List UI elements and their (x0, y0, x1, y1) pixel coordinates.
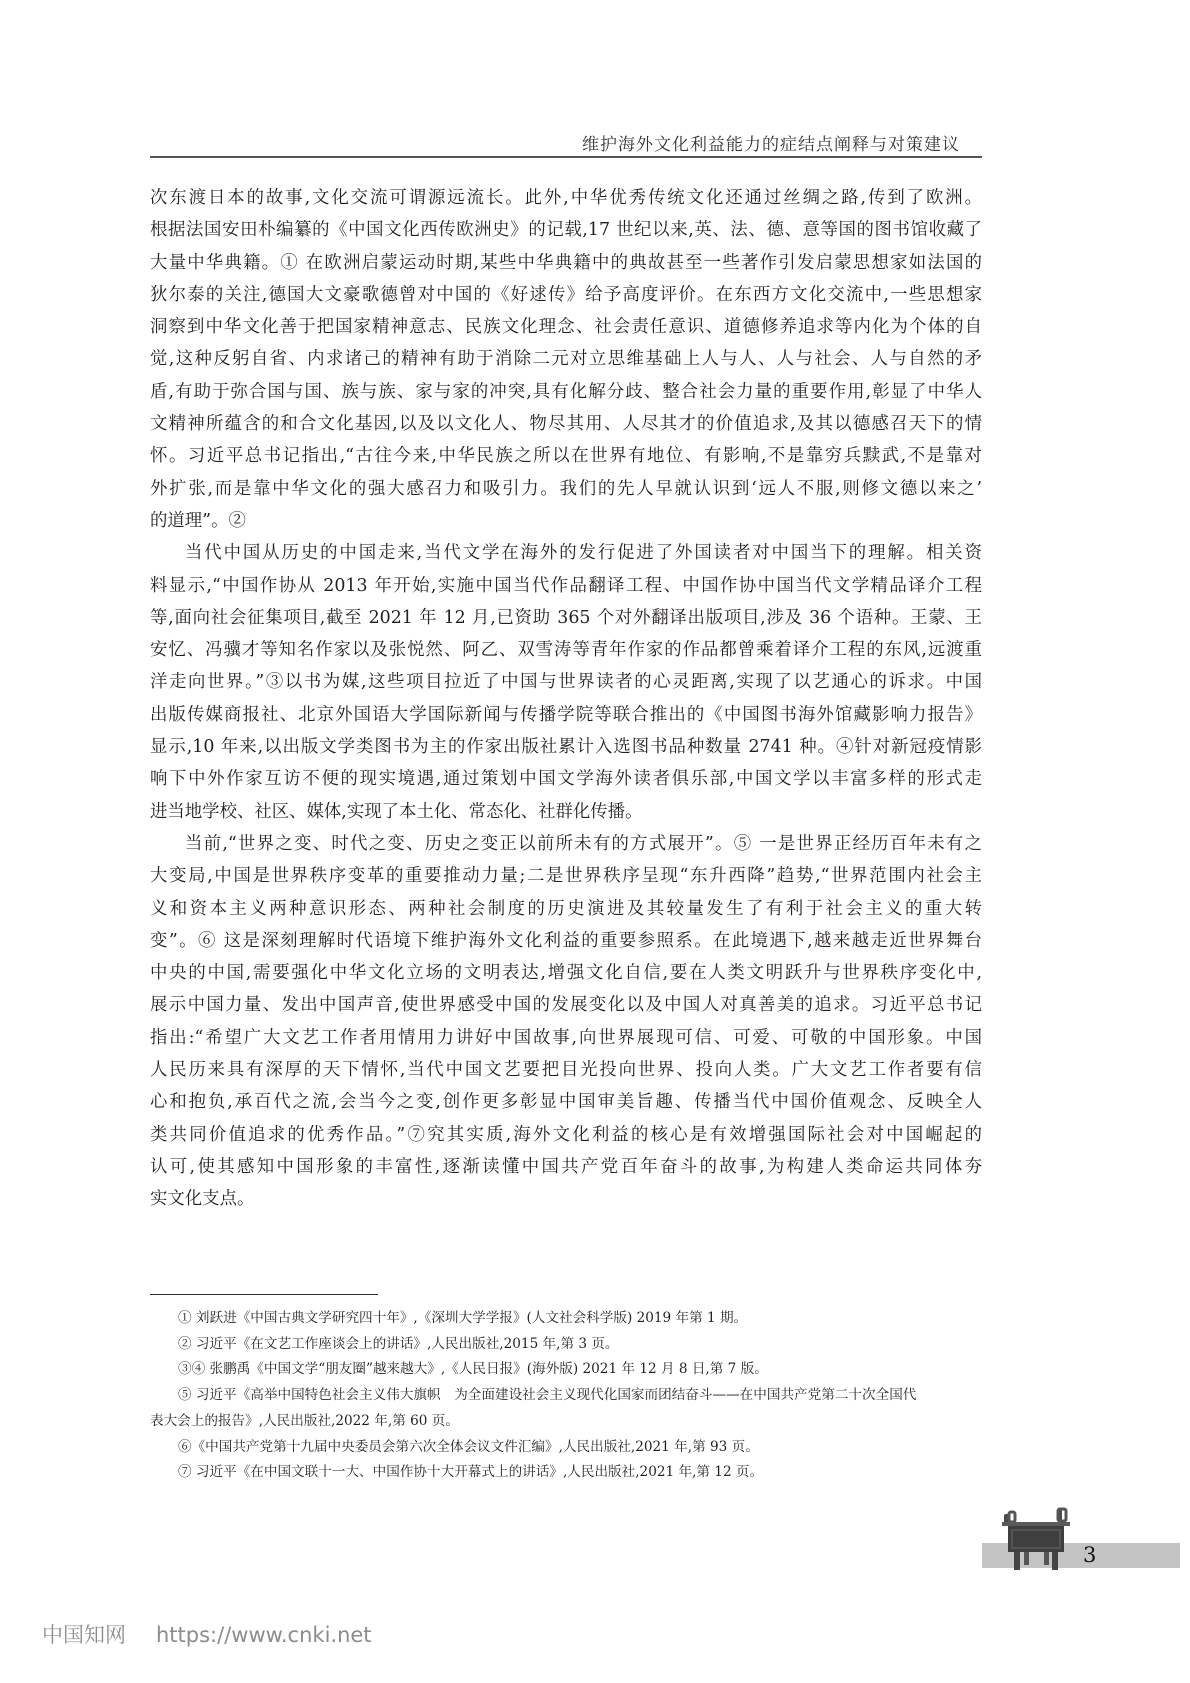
text-line: 安忆、冯骥才等知名作家以及张悦然、阿乙、双雪涛等青年作家的作品都曾乘着译介工程的… (150, 634, 982, 666)
text-line: 响下中外作家互访不便的现实境遇,通过策划中国文学海外读者俱乐部,中国文学以丰富多… (150, 763, 982, 795)
footnote: ① 刘跃进《中国古典文学研究四十年》,《深圳大学学报》(人文社会科学版) 201… (150, 1306, 982, 1332)
text-line: 根据法国安田朴编纂的《中国文化西传欧洲史》的记载,17 世纪以来,英、法、德、意… (150, 214, 982, 246)
text-line: 的道理”。② (150, 505, 982, 537)
text-line: 心和抱负,承百代之流,会当今之变,创作更多彰显中国审美旨趣、传播当代中国价值观念… (150, 1086, 982, 1118)
footnote-divider (150, 1294, 378, 1295)
text-line: 狄尔泰的关注,德国大文豪歌德曾对中国的《好逑传》给予高度评价。在东西方文化交流中… (150, 279, 982, 311)
text-line: 等,面向社会征集项目,截至 2021 年 12 月,已资助 365 个对外翻译出… (150, 602, 982, 634)
text-line: 觉,这种反躬自省、内求诸己的精神有助于消除二元对立思维基础上人与人、人与社会、人… (150, 343, 982, 375)
text-line: 大变局,中国是世界秩序变革的重要推动力量;二是世界秩序呈现“东升西降”趋势,“世… (150, 860, 982, 892)
text-line: 洞察到中华文化善于把国家精神意志、民族文化理念、社会责任意识、道德修养追求等内化… (150, 311, 982, 343)
footnote: ③④ 张鹏禹《中国文学“朋友圈”越来越大》,《人民日报》(海外版) 2021 年… (150, 1357, 982, 1383)
text-line: 义和资本主义两种意识形态、两种社会制度的历史演进及其较量发生了有利于社会主义的重… (150, 893, 982, 925)
text-line: 类共同价值追求的优秀作品。”⑦究其实质,海外文化利益的核心是有效增强国际社会对中… (150, 1119, 982, 1151)
cnki-watermark: 中国知网https://www.cnki.net (42, 1619, 372, 1649)
watermark-brand: 中国知网 (42, 1623, 126, 1647)
page-number: 3 (1083, 1543, 1096, 1568)
footnote: 表大会上的报告》,人民出版社,2022 年,第 60 页。 (150, 1409, 982, 1435)
footnote: ② 习近平《在文艺工作座谈会上的讲话》,人民出版社,2015 年,第 3 页。 (150, 1332, 982, 1358)
text-line: 认可,使其感知中国形象的丰富性,逐渐读懂中国共产党百年奋斗的故事,为构建人类命运… (150, 1151, 982, 1183)
text-line: 洋走向世界。”③以书为媒,这些项目拉近了中国与世界读者的心灵距离,实现了以艺通心… (150, 666, 982, 698)
footnote: ⑤ 习近平《高举中国特色社会主义伟大旗帜 为全面建设社会主义现代化国家而团结奋斗… (150, 1383, 982, 1409)
text-line: 大量中华典籍。① 在欧洲启蒙运动时期,某些中华典籍中的典故甚至一些著作引发启蒙思… (150, 247, 982, 279)
text-line: 怀。习近平总书记指出,“古往今来,中华民族之所以在世界有地位、有影响,不是靠穷兵… (150, 440, 982, 472)
text-line: 展示中国力量、发出中国声音,使世界感受中国的发展变化以及中国人对真善美的追求。习… (150, 989, 982, 1021)
text-line: 进当地学校、社区、媒体,实现了本土化、常态化、社群化传播。 (150, 796, 982, 828)
running-head-title: 维护海外文化利益能力的症结点阐释与对策建议 (582, 130, 960, 155)
text-line: 指出:“希望广大文艺工作者用情用力讲好中国故事,向世界展现可信、可爱、可敬的中国… (150, 1022, 982, 1054)
footnotes: ① 刘跃进《中国古典文学研究四十年》,《深圳大学学报》(人文社会科学版) 201… (150, 1306, 982, 1486)
text-line: 料显示,“中国作协从 2013 年开始,实施中国当代作品翻译工程、中国作协中国当… (150, 570, 982, 602)
text-line: 显示,10 年来,以出版文学类图书为主的作家出版社累计入选图书品种数量 2741… (150, 731, 982, 763)
running-head: 维护海外文化利益能力的症结点阐释与对策建议 (150, 128, 982, 158)
footnote: ⑦ 习近平《在中国文联十一大、中国作协十大开幕式上的讲话》,人民出版社,2021… (150, 1460, 982, 1486)
text-line: 变”。⑥ 这是深刻理解时代语境下维护海外文化利益的重要参照系。在此境遇下,越来越… (150, 925, 982, 957)
footnote: ⑥《中国共产党第十九届中央委员会第六次全体会议文件汇编》,人民出版社,2021 … (150, 1435, 982, 1461)
text-line: 实文化支点。 (150, 1183, 982, 1215)
body-text: 次东渡日本的故事,文化交流可谓源远流长。此外,中华优秀传统文化还通过丝绸之路,传… (150, 182, 982, 1216)
text-line: 外扩张,而是靠中华文化的强大感召力和吸引力。我们的先人早就认识到‘远人不服,则修… (150, 473, 982, 505)
watermark-url[interactable]: https://www.cnki.net (156, 1623, 372, 1647)
text-line: 文精神所蕴含的和合文化基因,以及以文化人、物尽其用、人尽其才的价值追求,及其以德… (150, 408, 982, 440)
text-line: 当代中国从历史的中国走来,当代文学在海外的发行促进了外国读者对中国当下的理解。相… (150, 537, 982, 569)
text-line: 人民历来具有深厚的天下情怀,当代中国文艺要把目光投向世界、投向人类。广大文艺工作… (150, 1054, 982, 1086)
text-line: 出版传媒商报社、北京外国语大学国际新闻与传播学院等联合推出的《中国图书海外馆藏影… (150, 699, 982, 731)
text-line: 当前,“世界之变、时代之变、历史之变正以前所未有的方式展开”。⑤ 一是世界正经历… (150, 828, 982, 860)
text-line: 盾,有助于弥合国与国、族与族、家与家的冲突,具有化解分歧、整合社会力量的重要作用… (150, 376, 982, 408)
ding-vessel-icon (1000, 1505, 1072, 1575)
text-line: 次东渡日本的故事,文化交流可谓源远流长。此外,中华优秀传统文化还通过丝绸之路,传… (150, 182, 982, 214)
text-line: 中央的中国,需要强化中华文化立场的文明表达,增强文化自信,要在人类文明跃升与世界… (150, 957, 982, 989)
